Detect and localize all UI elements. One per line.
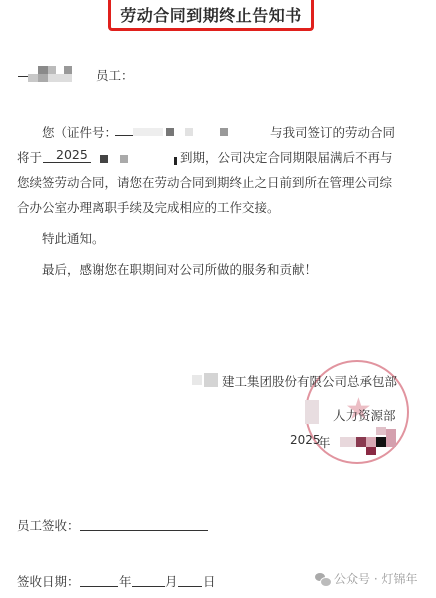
department-name: 人力资源部: [333, 406, 396, 424]
sign-day-line[interactable]: [178, 586, 202, 587]
para5: 特此通知。: [42, 229, 105, 247]
sign-year-line[interactable]: [80, 586, 118, 587]
para2-suffix: 到期，公司决定合同期限届满后不再与: [180, 148, 393, 166]
employee-sign-label: 员工签收：: [17, 516, 80, 534]
company-name: 建工集团股份有限公司总承包部: [222, 372, 397, 390]
para2-prefix: 将于: [17, 148, 42, 166]
document-title: 劳动合同到期终止告知书: [120, 3, 302, 26]
sign-month-line[interactable]: [132, 586, 165, 587]
employee-sign-line[interactable]: [80, 530, 208, 531]
id-underline: [115, 135, 133, 136]
para6: 最后，感谢您在职期间对公司所做的服务和贡献！: [42, 260, 317, 278]
sign-day-char: 日: [203, 572, 216, 590]
watermark-text: 公众号 · 灯锦年: [334, 570, 417, 587]
end-year: 2025: [56, 147, 88, 162]
sign-date-label: 签收日期：: [17, 572, 80, 590]
para4: 合办公室办理离职手续及完成相应的工作交接。: [17, 198, 280, 216]
salutation-suffix: 员工：: [96, 66, 134, 84]
watermark: 公众号 · 灯锦年: [315, 570, 417, 587]
redacted-id: [133, 128, 253, 138]
redacted-name: [28, 66, 78, 84]
issue-date-year-char: 年: [318, 433, 331, 451]
wechat-icon: [315, 573, 330, 585]
redacted-issue-date: [340, 425, 400, 460]
name-underline: [18, 76, 28, 77]
redacted-company-prefix: [192, 373, 220, 387]
year-underline: [43, 162, 91, 163]
para3: 您续签劳动合同，请您在劳动合同到期终止之日前到所在管理公司综: [17, 173, 392, 191]
para1-suffix: 与我司签订的劳动合同: [270, 123, 395, 141]
issue-date-year: 2025: [290, 433, 321, 447]
sign-year-char: 年: [119, 572, 132, 590]
para1-prefix: 您（证件号：: [42, 123, 117, 141]
sign-month-char: 月: [165, 572, 178, 590]
redacted-seal-part: [305, 400, 321, 424]
document-title-box: 劳动合同到期终止告知书: [108, 0, 314, 31]
redacted-date: [100, 155, 180, 165]
